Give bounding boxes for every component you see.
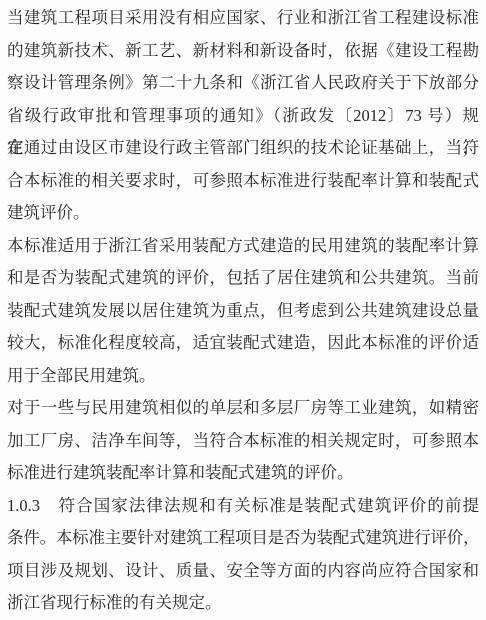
text-line: 省级行政审批和管理事项的通知》（浙政发〔2012〕73 号）规定，	[7, 100, 479, 133]
document-page: 当建筑工程项目采用没有相应国家、行业和浙江省工程建设标准 的建筑新技术、新工艺、…	[0, 0, 486, 620]
text-line: 的建筑新技术、新工艺、新材料和新设备时，依据《建设工程勘	[7, 35, 479, 68]
text-line: 项目涉及规划、设计、质量、安全等方面的内容尚应符合国家和	[7, 555, 479, 588]
text-line: 和是否为装配式建筑的评价，包括了居住建筑和公共建筑。当前	[7, 262, 479, 295]
paragraph-industrial-buildings: 对于一些与民用建筑相似的单层和多层厂房等工业建筑，如精密 加工厂房、洁净车间等，…	[7, 392, 479, 490]
text-line: 在通过由设区市建设行政主管部门组织的技术论证基础上，当符	[7, 132, 479, 165]
text-line: 标准进行建筑装配率计算和装配式建筑的评价。	[7, 457, 479, 490]
text-line: 加工厂房、洁净车间等，当符合本标准的相关规定时，可参照本	[7, 425, 479, 458]
text-line: 建筑评价。	[7, 197, 479, 230]
text-line: 用于全部民用建筑。	[7, 360, 479, 393]
paragraph-scope: 本标准适用于浙江省采用装配方式建造的民用建筑的装配率计算 和是否为装配式建筑的评…	[7, 230, 479, 393]
text-line: 较大，标准化程度较高，适宜装配式建造，因此本标准的评价适	[7, 327, 479, 360]
text-line: 条件。本标准主要针对建筑工程项目是否为装配式建筑进行评价，	[7, 522, 479, 555]
paragraph-continuation: 当建筑工程项目采用没有相应国家、行业和浙江省工程建设标准 的建筑新技术、新工艺、…	[7, 2, 479, 230]
text-line: 合本标准的相关要求时，可参照本标准进行装配率计算和装配式	[7, 165, 479, 198]
text-line: 当建筑工程项目采用没有相应国家、行业和浙江省工程建设标准	[7, 2, 479, 35]
text-line: 本标准适用于浙江省采用装配方式建造的民用建筑的装配率计算	[7, 230, 479, 263]
text-line section-number-line: 1.0.3 符合国家法律法规和有关标准是装配式建筑评价的前提	[7, 490, 479, 523]
paragraph-section-1-0-3: 1.0.3 符合国家法律法规和有关标准是装配式建筑评价的前提 条件。本标准主要针…	[7, 490, 479, 620]
text-line: 浙江省现行标准的有关规定。	[7, 587, 479, 620]
text-line: 察设计管理条例》第二十九条和《浙江省人民政府关于下放部分	[7, 67, 479, 100]
text-line: 装配式建筑发展以居住建筑为重点，但考虑到公共建筑建设总量	[7, 295, 479, 328]
text-line: 对于一些与民用建筑相似的单层和多层厂房等工业建筑，如精密	[7, 392, 479, 425]
